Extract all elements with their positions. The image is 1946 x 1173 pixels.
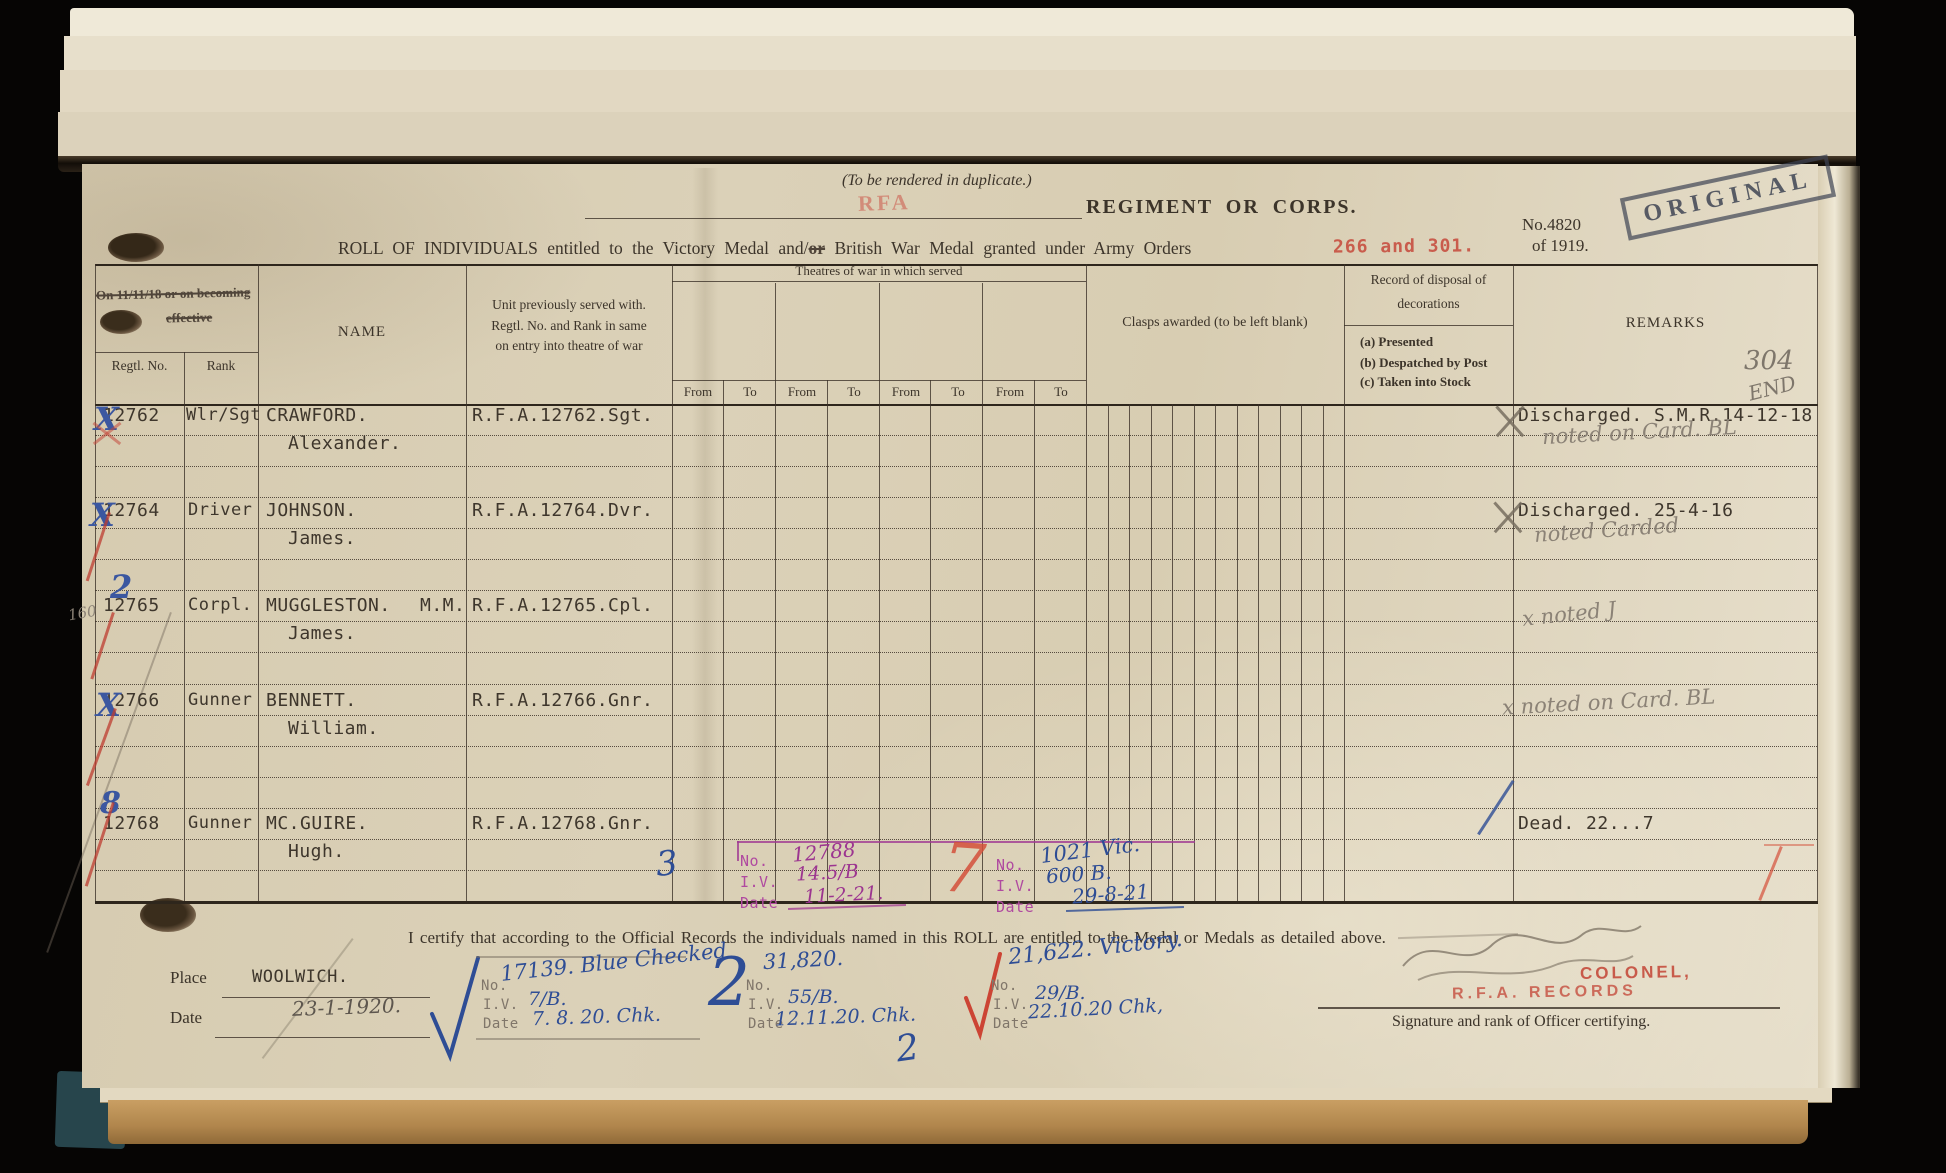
row-unit: R.F.A.12766.Gnr. (472, 690, 653, 711)
stacked-page-edge (60, 70, 1856, 114)
punch-hole (100, 310, 142, 334)
date-value: 23-1-1920. (292, 993, 402, 1021)
stamp-date-label: Date (996, 898, 1034, 916)
stacked-pages-top (70, 8, 1854, 38)
row-unit: R.F.A.12762.Sgt. (472, 405, 653, 426)
stamp-iv-label: I.V. (996, 877, 1034, 895)
row-surname: JOHNSON. (266, 500, 357, 521)
row-unit: R.F.A.12764.Dvr. (472, 500, 653, 521)
col-header-disposal-line1: Record of disposal of (1344, 272, 1513, 288)
col-header-to: To (724, 384, 776, 400)
roll-title-pre: ROLL OF INDIVIDUALS entitled to the Vict… (338, 238, 809, 258)
records-stamp-line1: COLONEL, (1580, 962, 1692, 984)
stamp-date-label: Date (740, 894, 778, 912)
stacked-page-edge (64, 36, 1856, 72)
orange-mark (1764, 844, 1814, 846)
col-header-from: From (984, 384, 1036, 400)
stamp-no-label: No. (746, 978, 773, 994)
issue-date-value: 7. 8. 20. Chk. (532, 1004, 662, 1030)
page-right-curl (1818, 166, 1860, 1088)
stamp-iv-label: I.V. (740, 873, 778, 891)
duplicate-note: (To be rendered in duplicate.) (842, 172, 1032, 190)
stamp-iv-label: I.V. (993, 997, 1029, 1013)
col-header-disposal-line2: decorations (1344, 296, 1513, 312)
disposal-option-c: (c) Taken into Stock (1360, 374, 1471, 390)
disposal-option-b: (b) Despatched by Post (1360, 355, 1487, 371)
issue-no-value: 31,820. (762, 946, 843, 974)
row-rank: Driver (188, 500, 252, 520)
stamp-no-label: No. (991, 978, 1018, 994)
col-header-from: From (776, 384, 828, 400)
stamp-no-label: No. (996, 856, 1025, 874)
col-header-unit-line1: Unit previously served with. (466, 297, 672, 313)
stacked-page-edge (58, 112, 1856, 158)
date-label: Date (170, 1008, 202, 1028)
certify-statement: I certify that according to the Official… (408, 928, 1386, 948)
row-rank: Gunner (188, 690, 252, 710)
signature-caption: Signature and rank of Officer certifying… (1392, 1013, 1650, 1031)
row-remark: Dead. 22...7 (1518, 813, 1654, 834)
col-header-unit-line3: on entry into theatre of war (466, 338, 672, 354)
col-header-unit-line2: Regtl. No. and Rank in same (466, 318, 672, 334)
col-header-clasps: Clasps awarded (to be left blank) (1086, 315, 1344, 331)
rfa-ink-stamp: RFA (858, 189, 911, 217)
stamp-iv-value: 14.5/B (795, 860, 859, 885)
row-forename: Hugh. (288, 841, 345, 862)
army-orders-red-note: 266 and 301. (1333, 235, 1475, 257)
purple-rule-tick (737, 841, 739, 861)
big-blue-digit: 2 (708, 944, 750, 1021)
row-rank: Wlr/Sgt (186, 405, 261, 425)
row-forename: William. (288, 718, 379, 739)
row-medal: M.M. (420, 595, 465, 616)
col-header-from: From (672, 384, 724, 400)
col-header-to: To (828, 384, 880, 400)
place-label: Place (170, 968, 207, 988)
col-header-from: From (880, 384, 932, 400)
ledger-photo: (To be rendered in duplicate.) RFA REGIM… (0, 0, 1946, 1173)
row-rank: Gunner (188, 813, 252, 833)
regiment-or-corps-label: REGIMENT OR CORPS. (1086, 196, 1358, 219)
col-header-name: NAME (258, 324, 466, 341)
col-header-to: To (1036, 384, 1086, 400)
signature-rule (1318, 1007, 1780, 1009)
row-rank: Corpl. (188, 595, 252, 615)
row-forename: Alexander. (288, 433, 401, 454)
disposal-option-a: (a) Presented (1360, 334, 1433, 350)
stamp-date-label: Date (993, 1016, 1029, 1032)
row-forename: James. (288, 623, 356, 644)
place-value: WOOLWICH. (252, 967, 349, 987)
stamp-date-label: Date (483, 1016, 519, 1032)
row-unit: R.F.A.12768.Gnr. (472, 813, 653, 834)
row-surname: MC.GUIRE. (266, 813, 368, 834)
row-forename: James. (288, 528, 356, 549)
roll-title-struck-or: or (809, 238, 826, 258)
row-surname: MUGGLESTON. (266, 595, 391, 616)
stamp-iv-label: I.V. (483, 997, 519, 1013)
col-header-theatres: Theatres of war in which served (672, 263, 1086, 279)
col-header-to: To (932, 384, 984, 400)
records-stamp-line2: R.F.A. RECORDS (1452, 982, 1637, 1003)
row-surname: BENNETT. (266, 690, 357, 711)
col-header-remarks: REMARKS (1513, 315, 1818, 332)
red-crayon-digit: 7 (939, 829, 988, 911)
row-unit: R.F.A.12765.Cpl. (472, 595, 653, 616)
date-underline (215, 1037, 430, 1038)
roll-number-year: of 1919. (1532, 236, 1589, 256)
col-header-rank: Rank (184, 358, 258, 374)
issue-iv-value: 55/B. (788, 986, 839, 1008)
roll-number: No.4820 (1522, 215, 1581, 235)
margin-mark: X (96, 686, 121, 724)
margin-digit: 3 (654, 843, 679, 885)
book-tan-edge (108, 1100, 1808, 1144)
punch-hole (108, 233, 164, 262)
stamp-no-label: No. (740, 852, 769, 870)
blue-checkmark-icon (428, 952, 482, 1064)
margin-mark: 2 (110, 568, 132, 606)
struck-column-header: effective (166, 310, 213, 327)
struck-column-header: On 11/11/18 or on becoming (96, 284, 251, 303)
row-surname: CRAWFORD. (266, 405, 368, 426)
col-header-regtl-no: Regtl. No. (95, 358, 184, 374)
roll-title-post: British War Medal granted under Army Ord… (825, 238, 1191, 258)
pencil-rule (476, 1038, 700, 1040)
roll-title: ROLL OF INDIVIDUALS entitled to the Vict… (338, 238, 1191, 259)
